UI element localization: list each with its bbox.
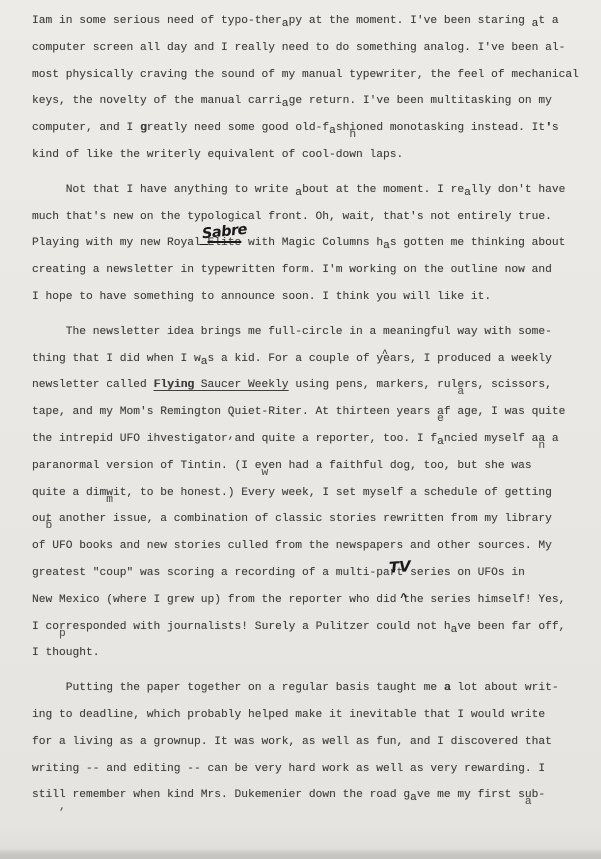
text-line: computer screen all day and I really nee…	[32, 35, 588, 62]
text-line: Not that I have anything to write about …	[32, 177, 588, 204]
overstruck-character: an	[538, 433, 545, 445]
text-run: responded with journalists! Surely a Pul…	[66, 621, 451, 633]
text-run: ge return. I've been multitasking on my	[289, 95, 552, 107]
raised-character: ,	[228, 430, 235, 442]
underlined-title: Saucer Weekly	[194, 379, 289, 391]
overstrike-glyph: e	[437, 406, 444, 433]
text-run: series on UFOs in	[403, 567, 525, 579]
overstruck-character: l,	[59, 789, 66, 801]
overstrike-glyph: b	[46, 513, 53, 540]
text-run: Putting the paper together on a regular …	[32, 682, 444, 694]
scanned-letter-page: Iam in some serious need of typo-therapy…	[0, 0, 601, 859]
text-run: thing that I did when I w	[32, 353, 201, 365]
overstrike-glyph: a	[457, 379, 464, 406]
text-run: s a kid. For a couple of ye	[208, 353, 390, 365]
text-line: The newsletter idea brings me full-circl…	[32, 319, 588, 346]
struck-word: EliteSabre	[208, 237, 242, 249]
text-line: New Mexico (where I grew up) from the re…	[32, 587, 588, 614]
text-run: rs, scissors,	[464, 379, 552, 391]
text-run: s gotten me thinking about	[390, 237, 566, 249]
text-run: ou	[32, 513, 46, 525]
overstruck-character: ua	[525, 789, 532, 801]
text-run: computer screen all day and I really nee…	[32, 42, 565, 54]
dropped-character: a	[282, 98, 289, 110]
text-run: reatly need some good old-f	[147, 122, 329, 134]
text-line: kind of like the writerly equivalent of …	[32, 142, 588, 169]
text-run: ars, I produced a weekly	[390, 353, 552, 365]
text-line: the intrepid UFO ihvestigator,and quite …	[32, 426, 588, 453]
text-run: I hope to have something to announce soo…	[32, 291, 491, 303]
text-run: with Magic Columns h	[241, 237, 383, 249]
text-line: most physically craving the sound of my …	[32, 62, 588, 89]
overstruck-character: ae	[437, 406, 444, 418]
double-struck-character: a	[444, 682, 451, 694]
text-line: of UFO books and new stories culled from…	[32, 533, 588, 560]
text-line: creating a newsletter in typewritten for…	[32, 257, 588, 284]
overstruck-character: ea	[457, 379, 464, 391]
text-run: a	[545, 433, 559, 445]
text-line: much that's new on the typological front…	[32, 204, 588, 231]
overstruck-character: vw	[262, 460, 269, 472]
overstruck-character: tb	[46, 513, 53, 525]
text-run: t a	[538, 15, 558, 27]
overstrike-glyph: h	[349, 122, 356, 149]
text-run: quite a dim	[32, 487, 106, 499]
dropped-character: a	[383, 240, 390, 252]
text-run: and quite a reporter, too. I f	[235, 433, 438, 445]
text-run: writing -- and editing -- can be very ha…	[32, 763, 545, 775]
text-run: ve been far off,	[457, 621, 565, 633]
paragraph: The newsletter idea brings me full-circl…	[32, 319, 588, 667]
dropped-character: a	[410, 792, 417, 804]
text-run: remember when kind Mrs. Dukemenier down …	[66, 789, 410, 801]
overstrike-glyph: w	[262, 460, 269, 487]
paragraph: Putting the paper together on a regular …	[32, 675, 588, 809]
scan-edge-strip	[0, 849, 601, 859]
handwritten-correction: Sabre	[200, 217, 248, 248]
text-run: the intrepid UFO ihvestigator	[32, 433, 228, 445]
text-line: paranormal version of Tintin. (I evwen h…	[32, 453, 588, 480]
dropped-character: a	[451, 624, 458, 636]
text-run: New Mexico (where I grew up) from the re…	[32, 594, 565, 606]
dropped-character: a	[532, 18, 539, 30]
overstruck-character: ih	[349, 122, 356, 134]
text-run: py at the moment. I've been staring	[289, 15, 532, 27]
dropped-character: a	[329, 125, 336, 137]
text-run: of UFO books and new stories culled from…	[32, 540, 552, 552]
text-run: s	[552, 122, 559, 134]
text-run: using pens, markers, rul	[289, 379, 458, 391]
dropped-character: a	[464, 187, 471, 199]
text-run: ve me my first s	[417, 789, 525, 801]
text-run: greatest "coup" was scoring a recording …	[32, 567, 403, 579]
double-struck-character: g	[140, 122, 147, 134]
dropped-character: a	[437, 436, 444, 448]
text-run: en had a faithful dog, too, but she was	[268, 460, 531, 472]
text-line: I thought.	[32, 640, 588, 667]
text-line: Playing with my new Royal EliteSabre wit…	[32, 230, 588, 257]
caret-icon: ^	[382, 342, 388, 369]
overstrike-glyph: m	[106, 487, 113, 514]
text-line: keys, the novelty of the manual carriage…	[32, 88, 588, 115]
text-run: much that's new on the typological front…	[32, 211, 552, 223]
text-line: tape, and my Mom's Remington Quiet-Riter…	[32, 399, 588, 426]
text-line: thing that I did when I was a kid. For a…	[32, 346, 588, 373]
text-line: outb another issue, a combination of cla…	[32, 506, 588, 533]
text-run: newsletter called	[32, 379, 154, 391]
text-run: bout at the moment. I re	[302, 184, 464, 196]
handwritten-insertion: TV	[388, 553, 412, 581]
text-line: newsletter called Flying Saucer Weekly u…	[32, 372, 588, 399]
overstrike-glyph: p	[59, 621, 66, 648]
text-run: Not that I have anything to write	[32, 184, 295, 196]
text-line: I hope to have something to announce soo…	[32, 284, 588, 311]
text-line: ing to deadline, which probably helped m…	[32, 702, 588, 729]
text-run: sh	[336, 122, 350, 134]
text-run: kind of like the writerly equivalent of …	[32, 149, 403, 161]
double-struck-character: '	[545, 122, 552, 134]
text-line: greatest "coup" was scoring a recording …	[32, 560, 588, 587]
text-run: stil	[32, 789, 59, 801]
dropped-character: a	[201, 356, 208, 368]
overstrike-glyph: a	[525, 789, 532, 816]
dropped-character: a	[295, 187, 302, 199]
text-run: Playing with my new Royal	[32, 237, 208, 249]
overstruck-character: rp	[59, 621, 66, 633]
overstrike-glyph: n	[538, 433, 545, 460]
text-line: for a living as a grownup. It was work, …	[32, 729, 588, 756]
text-run: oned monotasking instead. It	[356, 122, 545, 134]
text-run: paranormal version of Tintin. (I e	[32, 460, 262, 472]
text-run: ing to deadline, which probably helped m…	[32, 709, 545, 721]
text-run: I co	[32, 621, 59, 633]
text-run: computer, and I	[32, 122, 140, 134]
text-run: f age, I was quite	[444, 406, 566, 418]
text-run: I thought.	[32, 647, 100, 659]
paragraph: Not that I have anything to write about …	[32, 177, 588, 311]
text-line: still, remember when kind Mrs. Dukemenie…	[32, 782, 588, 809]
insert-caret-icon: ^	[400, 586, 407, 613]
overstrike-glyph: ,	[59, 794, 66, 821]
text-run: The newsletter idea brings me full-circl…	[32, 326, 552, 338]
text-run: keys, the novelty of the manual carri	[32, 95, 282, 107]
text-line: writing -- and editing -- can be very ha…	[32, 756, 588, 783]
dropped-character: a	[282, 18, 289, 30]
text-run: Iam in some serious need of typo-ther	[32, 15, 282, 27]
text-run: b-	[532, 789, 546, 801]
text-line: quite a dimwmit, to be honest.) Every we…	[32, 480, 588, 507]
text-run: for a living as a grownup. It was work, …	[32, 736, 552, 748]
text-run: ncied myself a	[444, 433, 539, 445]
text-run: most physically craving the sound of my …	[32, 69, 579, 81]
paragraph: Iam in some serious need of typo-therapy…	[32, 8, 588, 169]
text-line: Putting the paper together on a regular …	[32, 675, 588, 702]
text-line: computer, and I greatly need some good o…	[32, 115, 588, 142]
text-run: lly don't have	[471, 184, 566, 196]
text-line: I corpresponded with journalists! Surely…	[32, 614, 588, 641]
text-run: it, to be honest.) Every week, I set mys…	[113, 487, 552, 499]
text-run: lot about writ-	[451, 682, 559, 694]
underlined-title: Flying	[154, 379, 195, 391]
text-line: Iam in some serious need of typo-therapy…	[32, 8, 588, 35]
text-run: another issue, a combination of classic …	[52, 513, 552, 525]
document-text: Iam in some serious need of typo-therapy…	[32, 8, 588, 809]
overstruck-character: wm	[106, 487, 113, 499]
text-run: tape, and my Mom's Remington Quiet-Riter…	[32, 406, 437, 418]
text-run: creating a newsletter in typewritten for…	[32, 264, 552, 276]
